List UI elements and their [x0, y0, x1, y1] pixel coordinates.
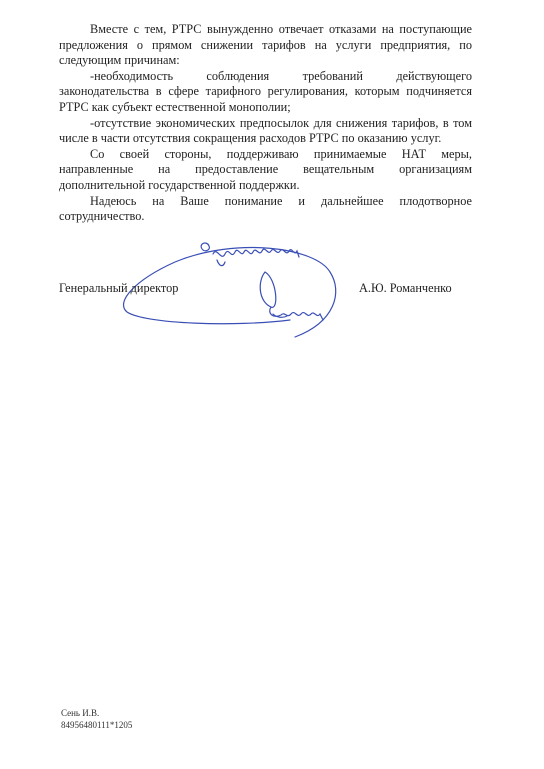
paragraph-support: Со своей стороны, поддерживаю принимаемы…: [59, 147, 472, 194]
executor-phone: 84956480111*1205: [61, 719, 132, 731]
executor-name: Сень И.В.: [61, 707, 132, 719]
letter-body: Вместе с тем, РТРС вынужденно отвечает о…: [59, 22, 472, 225]
paragraph-closing: Надеюсь на Ваше понимание и дальнейшее п…: [59, 194, 472, 225]
executor-footer: Сень И.В. 84956480111*1205: [61, 707, 132, 731]
paragraph-refusal-intro: Вместе с тем, РТРС вынужденно отвечает о…: [59, 22, 472, 69]
document-page: Вместе с тем, РТРС вынужденно отвечает о…: [0, 0, 544, 769]
paragraph-reason-economic: -отсутствие экономических предпосылок дл…: [59, 116, 472, 147]
signatory-title: Генеральный директор: [59, 281, 178, 296]
paragraph-reason-legislation: -необходимость соблюдения требований дей…: [59, 69, 472, 116]
signatory-name: А.Ю. Романченко: [359, 281, 452, 296]
